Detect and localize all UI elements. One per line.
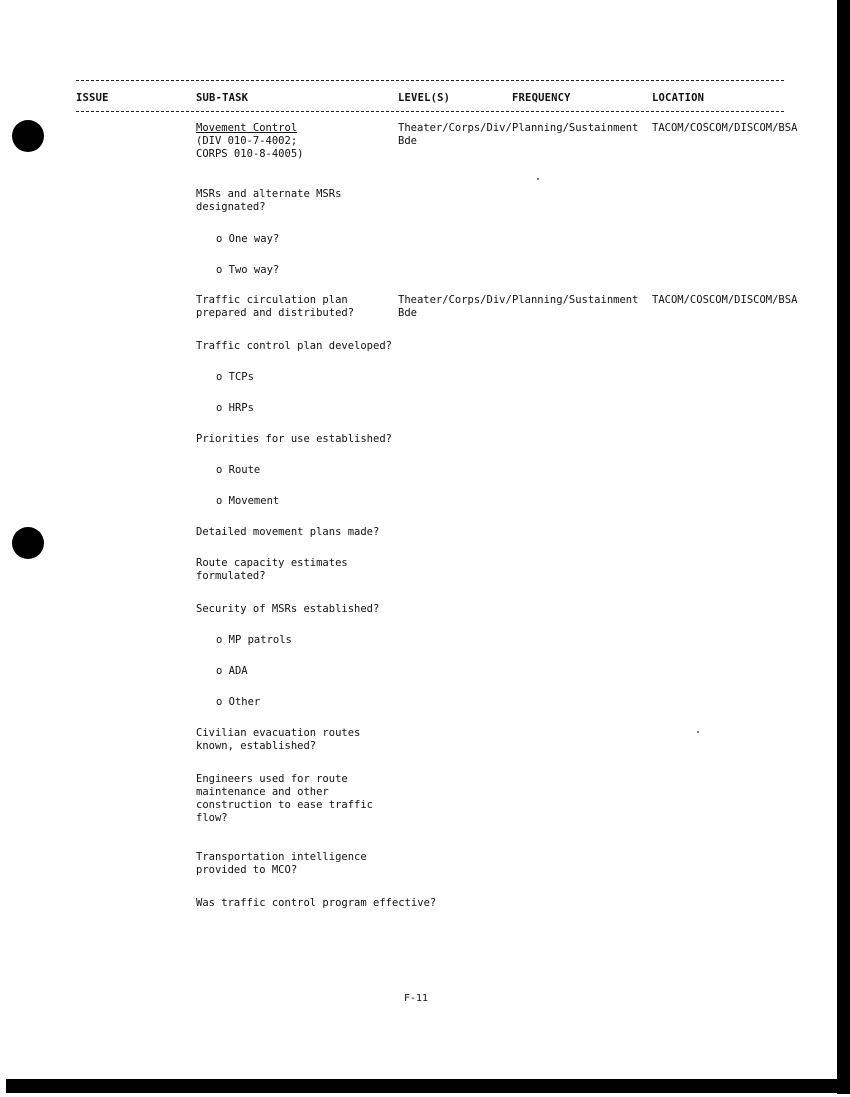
frequency-value: Planning/Sustainment: [512, 122, 638, 135]
checklist-item: designated?: [196, 201, 266, 214]
checklist-item: formulated?: [196, 570, 266, 583]
col-header-frequency: FREQUENCY: [512, 92, 571, 105]
document-page: ISSUE SUB-TASK LEVEL(S) FREQUENCY LOCATI…: [0, 0, 850, 1097]
frequency-value: Planning/Sustainment: [512, 294, 638, 307]
scan-border-right: [837, 0, 850, 1094]
checklist-item: flow?: [196, 812, 228, 825]
subtask-ref-line: CORPS 010-8-4005): [196, 148, 303, 161]
scan-speck: [697, 731, 699, 733]
checklist-item: Route capacity estimates: [196, 557, 348, 570]
level-value: Theater/Corps/Div/: [398, 122, 512, 135]
checklist-item: Security of MSRs established?: [196, 603, 379, 616]
level-value: Bde: [398, 135, 417, 148]
checklist-subitem: o Other: [216, 696, 260, 709]
checklist-item: Priorities for use established?: [196, 433, 392, 446]
col-header-issue: ISSUE: [76, 92, 109, 105]
checklist-subitem: o Two way?: [216, 264, 279, 277]
checklist-subitem: o TCPs: [216, 371, 254, 384]
page-number: F-11: [404, 992, 428, 1005]
checklist-item: construction to ease traffic: [196, 799, 373, 812]
punch-hole-middle: [12, 527, 44, 559]
scan-speck: [537, 178, 539, 180]
checklist-subitem: o One way?: [216, 233, 279, 246]
checklist-item: Transportation intelligence: [196, 851, 367, 864]
checklist-item: Traffic control plan developed?: [196, 340, 392, 353]
checklist-subitem: o Movement: [216, 495, 279, 508]
punch-hole-top: [12, 120, 44, 152]
header-top-rule: [76, 80, 784, 81]
location-value: TACOM/COSCOM/DISCOM/BSA: [652, 122, 797, 135]
checklist-item: known, established?: [196, 740, 316, 753]
checklist-subitem: o Route: [216, 464, 260, 477]
checklist-subitem: o ADA: [216, 665, 248, 678]
checklist-item: Was traffic control program effective?: [196, 897, 436, 910]
checklist-item: provided to MCO?: [196, 864, 297, 877]
checklist-item: Detailed movement plans made?: [196, 526, 379, 539]
checklist-item: Traffic circulation plan: [196, 294, 348, 307]
col-header-location: LOCATION: [652, 92, 704, 105]
header-bottom-rule: [76, 111, 784, 112]
level-value: Bde: [398, 307, 417, 320]
location-value: TACOM/COSCOM/DISCOM/BSA: [652, 294, 797, 307]
col-header-levels: LEVEL(S): [398, 92, 450, 105]
checklist-item: Civilian evacuation routes: [196, 727, 360, 740]
checklist-item: prepared and distributed?: [196, 307, 354, 320]
checklist-item: maintenance and other: [196, 786, 329, 799]
level-value: Theater/Corps/Div/: [398, 294, 512, 307]
checklist-subitem: o MP patrols: [216, 634, 292, 647]
subtask-title: Movement Control: [196, 122, 297, 135]
subtask-ref-line: (DIV 010-7-4002;: [196, 135, 297, 148]
checklist-subitem: o HRPs: [216, 402, 254, 415]
checklist-item: Engineers used for route: [196, 773, 348, 786]
checklist-item: MSRs and alternate MSRs: [196, 188, 341, 201]
scan-border-bottom: [6, 1079, 850, 1093]
col-header-subtask: SUB-TASK: [196, 92, 248, 105]
